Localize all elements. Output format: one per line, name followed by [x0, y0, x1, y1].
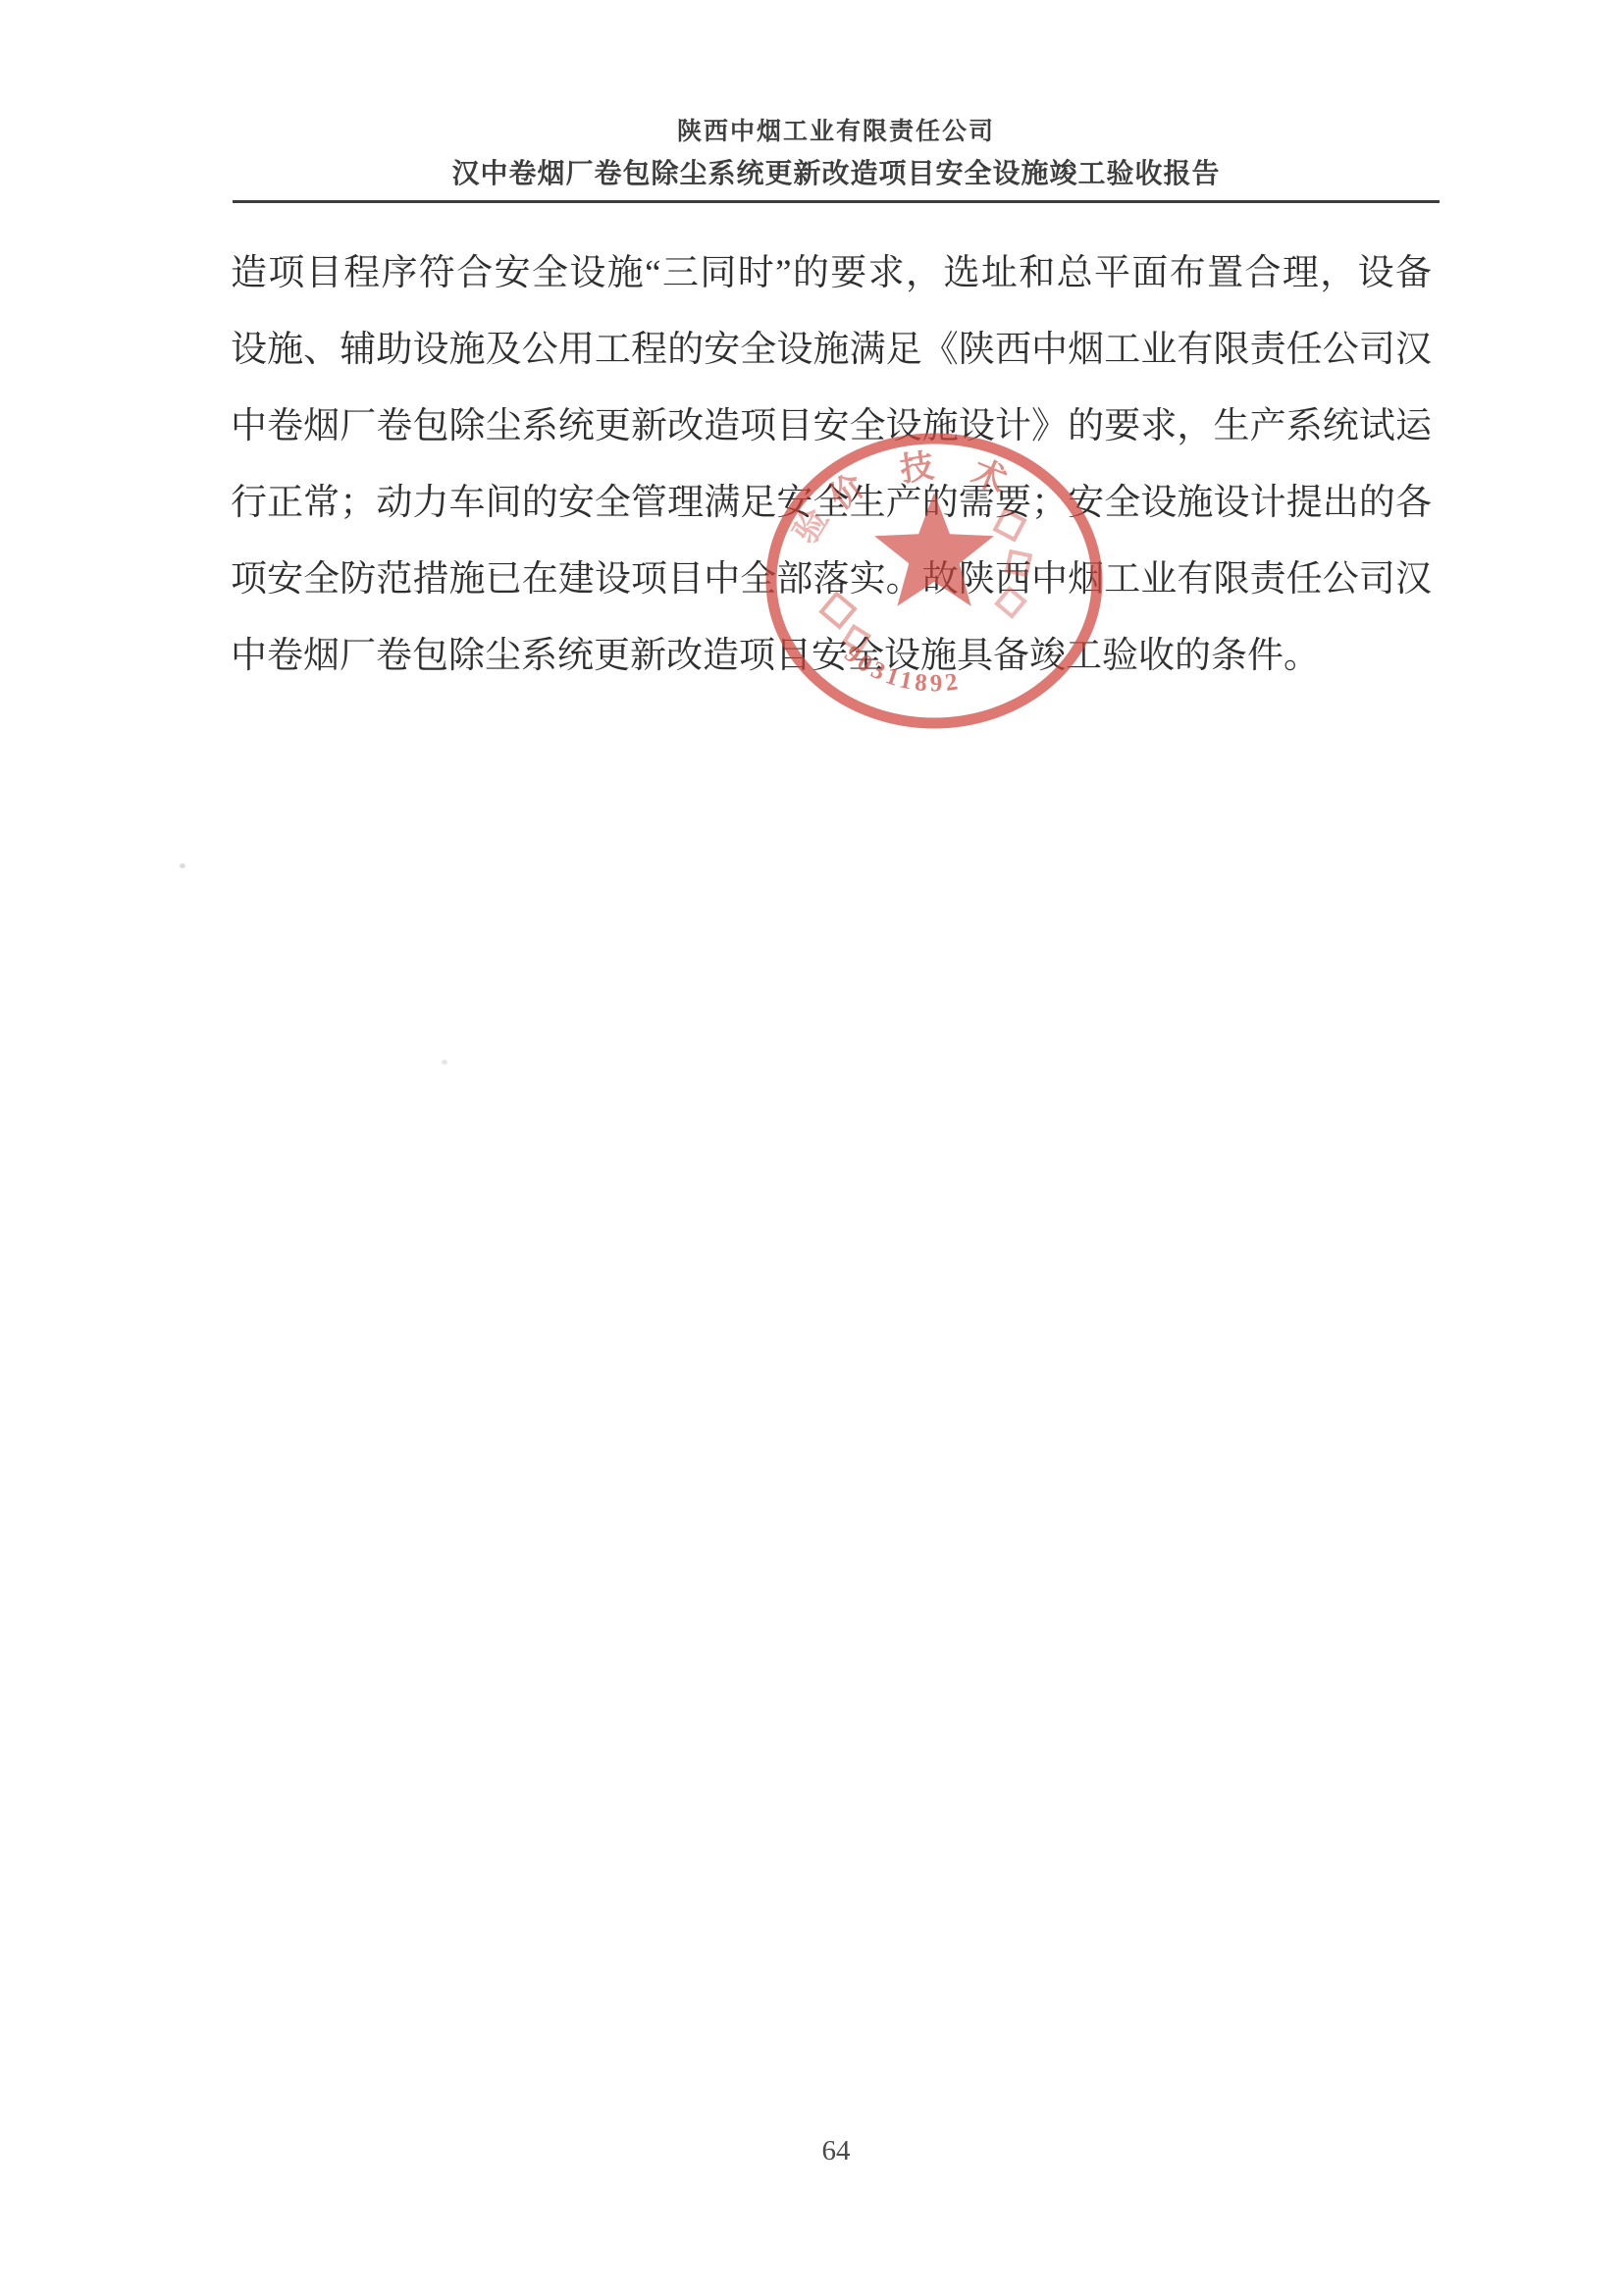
header-divider — [233, 200, 1440, 203]
scan-speck — [442, 1060, 447, 1065]
paragraph-line: 造项目程序符合安全设施“三同时”的要求，选址和总平面布置合理，设备 — [231, 235, 1432, 312]
paragraph-line: 行正常；动力车间的安全管理满足安全生产的需要；安全设施设计提出的各 — [231, 465, 1432, 542]
header-report-title: 汉中卷烟厂卷包除尘系统更新改造项目安全设施竣工验收报告 — [233, 155, 1440, 194]
paragraph-line: 中卷烟厂卷包除尘系统更新改造项目安全设施具备竣工验收的条件。 — [231, 618, 1432, 695]
page-number: 64 — [233, 2135, 1440, 2167]
header-company-name: 陕西中烟工业有限责任公司 — [233, 116, 1440, 149]
scan-speck — [180, 863, 185, 868]
body-paragraph: 造项目程序符合安全设施“三同时”的要求，选址和总平面布置合理，设备 设施、辅助设… — [231, 235, 1432, 695]
document-page: 陕西中烟工业有限责任公司 汉中卷烟厂卷包除尘系统更新改造项目安全设施竣工验收报告… — [0, 0, 1624, 2296]
paragraph-line: 中卷烟厂卷包除尘系统更新改造项目安全设施设计》的要求，生产系统试运 — [231, 389, 1432, 465]
page-header: 陕西中烟工业有限责任公司 汉中卷烟厂卷包除尘系统更新改造项目安全设施竣工验收报告 — [233, 116, 1440, 194]
paragraph-line: 设施、辅助设施及公用工程的安全设施满足《陕西中烟工业有限责任公司汉 — [231, 312, 1432, 389]
paragraph-line: 项安全防范措施已在建设项目中全部落实。故陕西中烟工业有限责任公司汉 — [231, 542, 1432, 618]
